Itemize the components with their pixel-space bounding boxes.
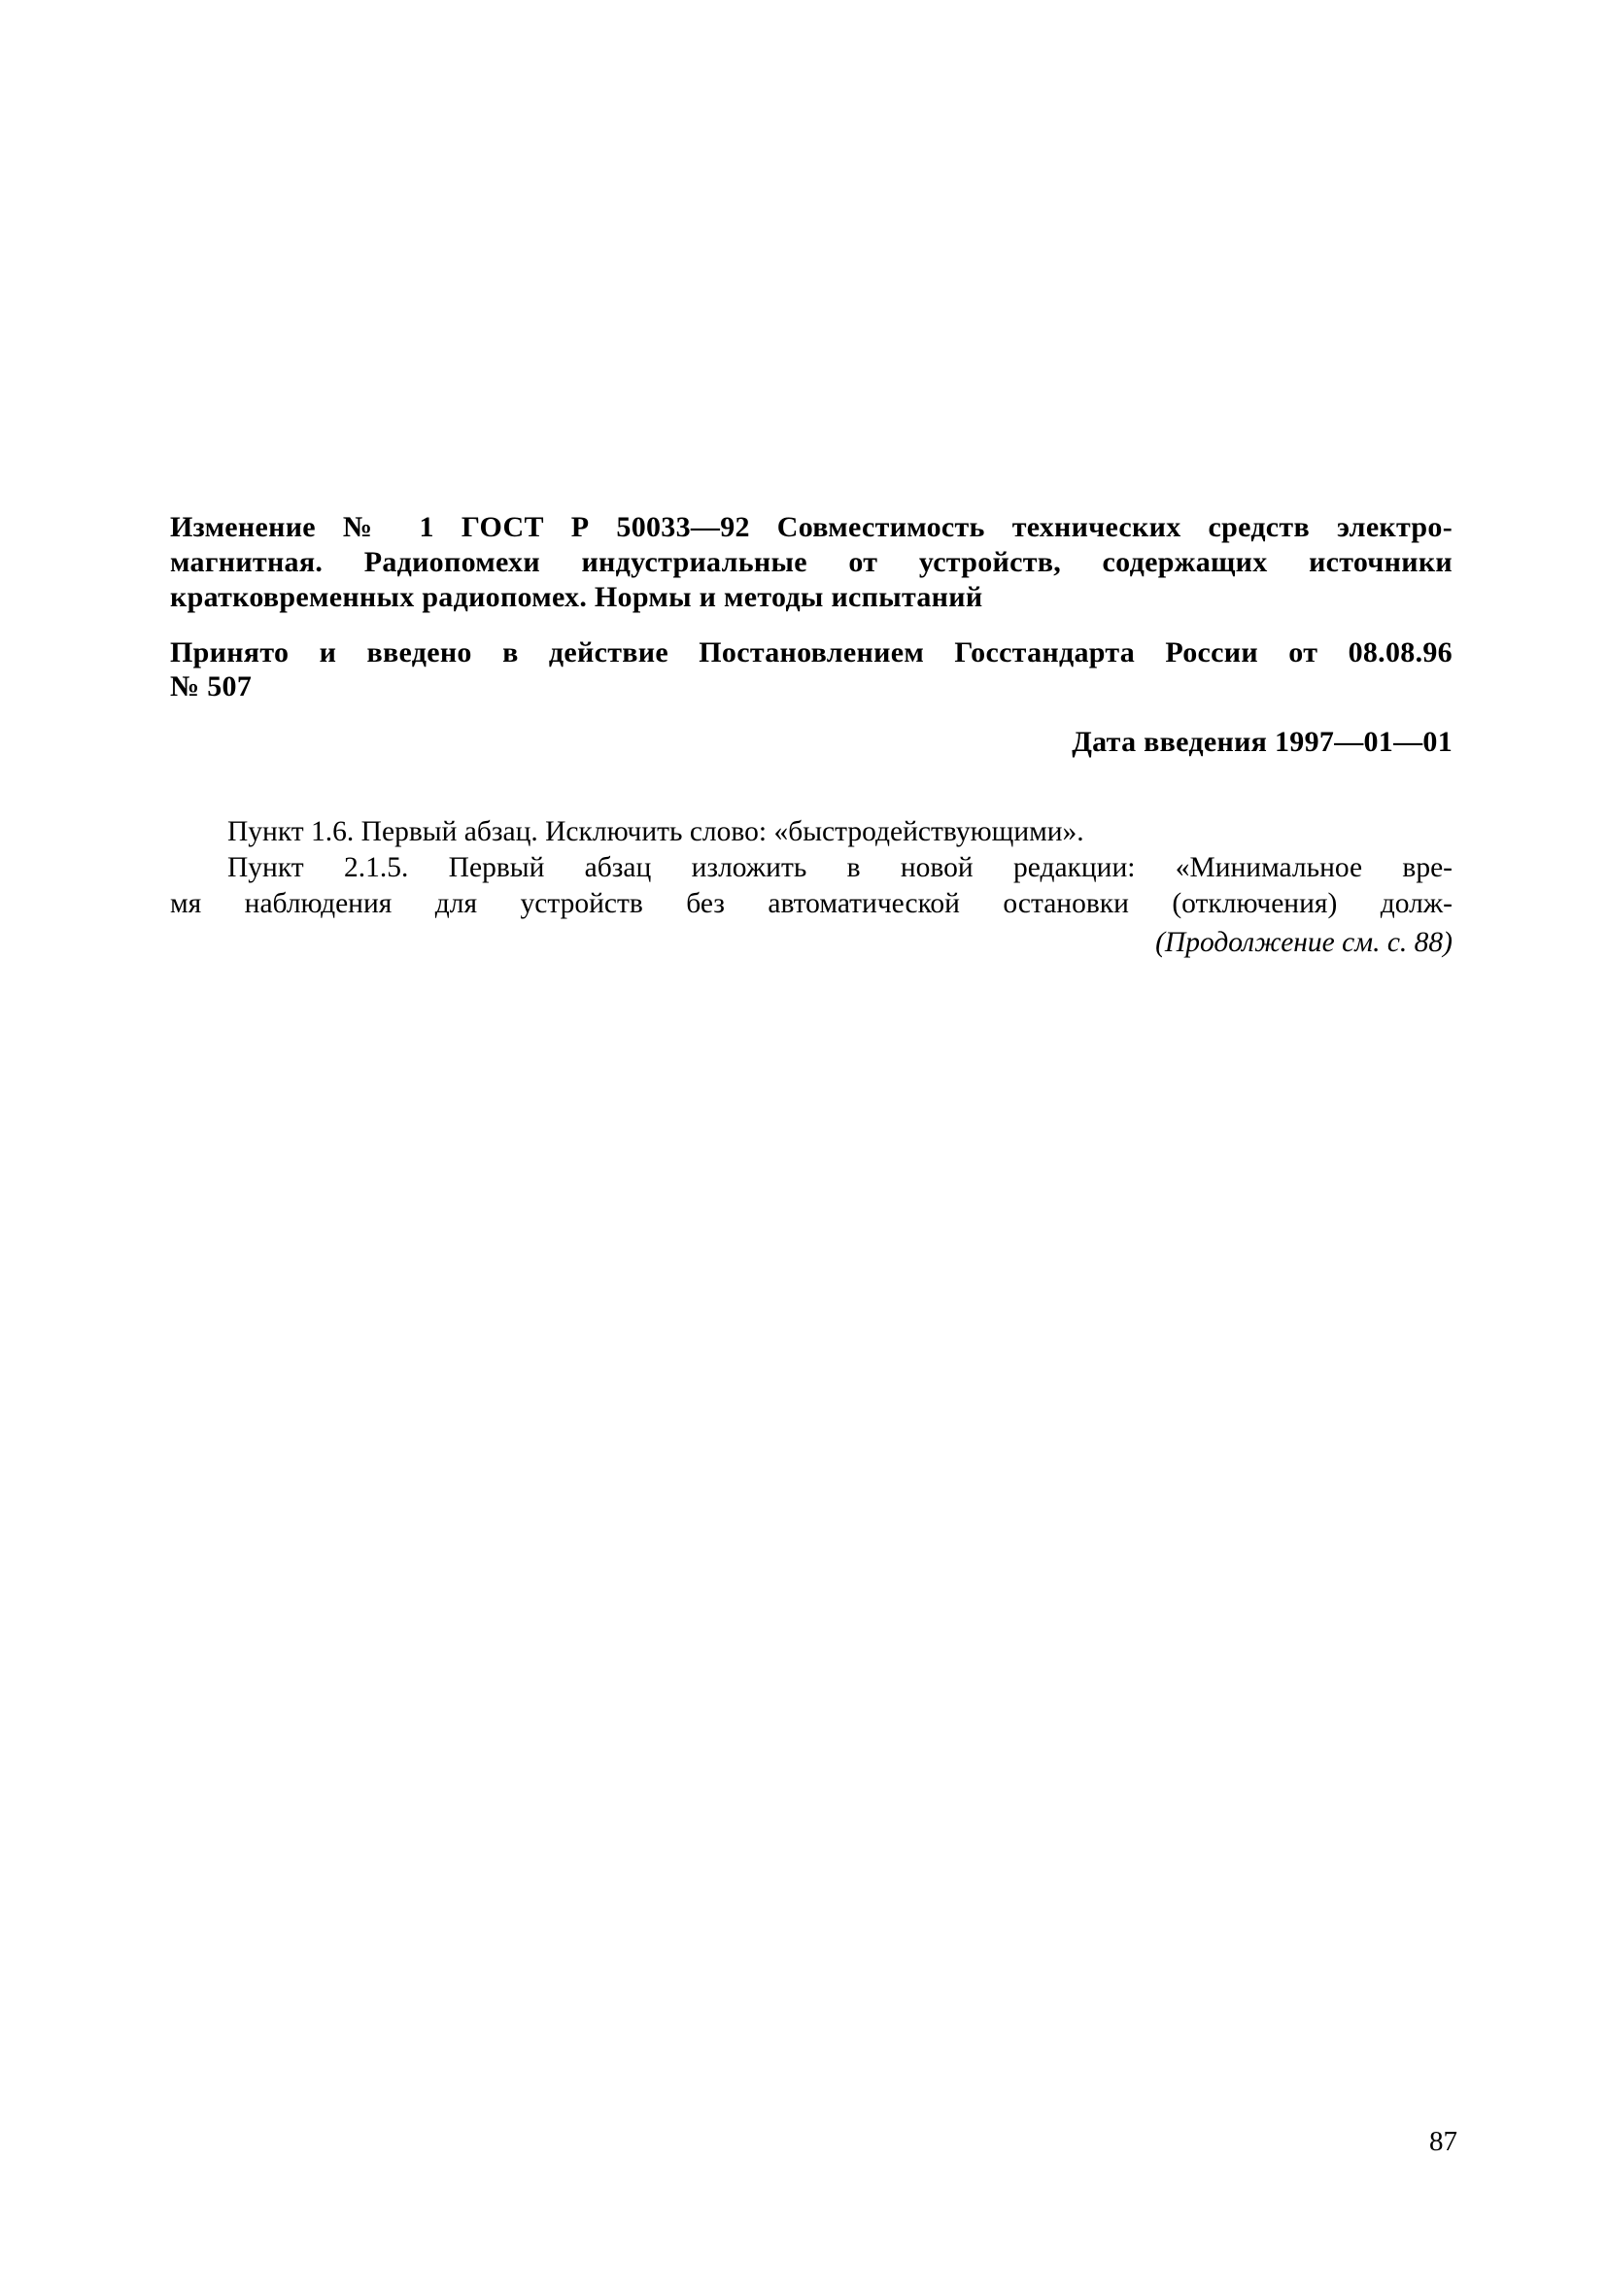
heading-line-2: магнитная. Радиопомехи индустриальные от… [170,545,1453,580]
continuation-note: (Продолжение см. с. 88) [170,925,1453,961]
heading-line-1: Изменение № 1 ГОСТ Р 50033—92 Совместимо… [170,510,1453,545]
body-line-2: Пункт 2.1.5. Первый абзац изложить в нов… [170,850,1453,886]
adoption-line-2: № 507 [170,669,1453,704]
heading-line-3: кратковременных радиопомех. Нормы и мето… [170,580,1453,615]
adoption-line-1: Принято и введено в действие Постановлен… [170,635,1453,670]
body-line-1: Пункт 1.6. Первый абзац. Исключить слово… [170,814,1453,850]
body-line-3: мя наблюдения для устройств без автомати… [170,886,1453,922]
page-number: 87 [1399,2126,1457,2158]
effective-date: Дата введения 1997—01—01 [170,725,1453,760]
